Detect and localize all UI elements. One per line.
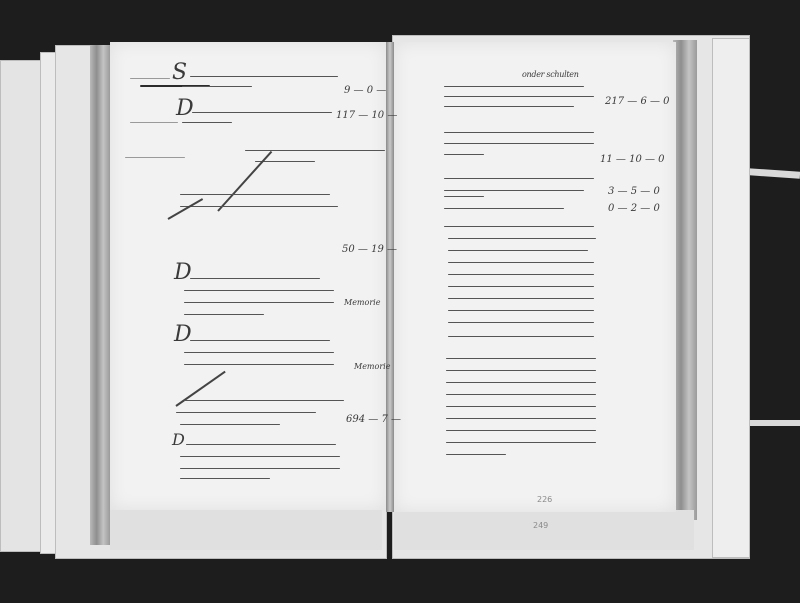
paper-tab xyxy=(748,168,800,179)
text-line xyxy=(448,262,594,263)
text-line xyxy=(446,430,596,431)
text-line xyxy=(184,290,334,291)
text-line xyxy=(446,406,596,407)
text-line xyxy=(184,352,334,353)
page-edges-left xyxy=(90,45,110,545)
lower-leaf-left xyxy=(110,510,382,550)
entry-initial: D xyxy=(176,96,194,121)
entry-amount: 117 — 10 — xyxy=(336,110,397,121)
text-line xyxy=(446,394,596,395)
text-line xyxy=(448,238,596,239)
text-line xyxy=(444,178,594,179)
text-line xyxy=(180,424,280,425)
text-line xyxy=(446,418,596,419)
text-line xyxy=(180,456,340,457)
text-line xyxy=(184,364,334,365)
text-line xyxy=(448,274,594,275)
text-line xyxy=(182,86,252,87)
entry-amount: Memorie xyxy=(354,362,390,371)
text-line xyxy=(180,468,340,469)
entry-amount: 217 — 6 — 0 xyxy=(605,96,670,107)
faint-line xyxy=(125,157,185,158)
entry-amount: Memorie xyxy=(344,298,380,307)
text-line xyxy=(444,106,574,107)
text-line xyxy=(444,190,584,191)
text-line xyxy=(448,322,594,323)
text-line xyxy=(446,454,506,455)
text-line xyxy=(446,370,596,371)
text-line xyxy=(446,358,596,359)
entry-amount: 50 — 19 — xyxy=(342,244,397,255)
paper-tab xyxy=(748,420,800,426)
entry-initial: S xyxy=(172,60,187,85)
text-line xyxy=(176,412,316,413)
text-line xyxy=(444,154,484,155)
text-line xyxy=(245,150,385,151)
entry-amount: 694 — 7 — xyxy=(346,414,401,425)
text-line xyxy=(444,196,484,197)
entry-initial: D xyxy=(174,322,192,347)
text-line xyxy=(184,314,264,315)
margin-note xyxy=(130,78,170,79)
text-line xyxy=(448,310,594,311)
text-line xyxy=(444,143,594,144)
text-line xyxy=(444,208,564,209)
text-line xyxy=(186,444,336,445)
text-line xyxy=(448,336,594,337)
text-line xyxy=(192,112,332,113)
text-line xyxy=(180,478,270,479)
text-line xyxy=(184,302,334,303)
text-line xyxy=(190,76,338,77)
text-line xyxy=(184,400,344,401)
entry-initial: D xyxy=(174,260,192,285)
text-line xyxy=(190,340,330,341)
faint-line xyxy=(130,122,178,123)
folio-number: 226 xyxy=(537,495,552,504)
entry-amount: 11 — 10 — 0 xyxy=(600,154,665,165)
text-line xyxy=(190,278,320,279)
text-line xyxy=(448,250,588,251)
loose-leaf xyxy=(712,38,750,558)
text-line xyxy=(444,86,584,87)
text-line xyxy=(446,442,596,443)
entry-amount: 3 — 5 — 0 xyxy=(608,186,660,197)
text-line xyxy=(182,122,232,123)
text-line xyxy=(180,206,338,207)
lower-leaf-right xyxy=(394,510,694,550)
text-line xyxy=(444,96,594,97)
secondary-page-number: 249 xyxy=(533,521,548,530)
page-edges-right xyxy=(673,40,697,520)
text-line xyxy=(446,382,596,383)
text-line xyxy=(448,298,594,299)
text-line xyxy=(444,226,594,227)
entry-amount: 9 — 0 — xyxy=(344,85,386,96)
text-line xyxy=(448,286,594,287)
text-line xyxy=(444,132,594,133)
entry-amount: 0 — 2 — 0 xyxy=(608,203,660,214)
entry-initial: D xyxy=(172,430,185,449)
text-line xyxy=(180,194,330,195)
